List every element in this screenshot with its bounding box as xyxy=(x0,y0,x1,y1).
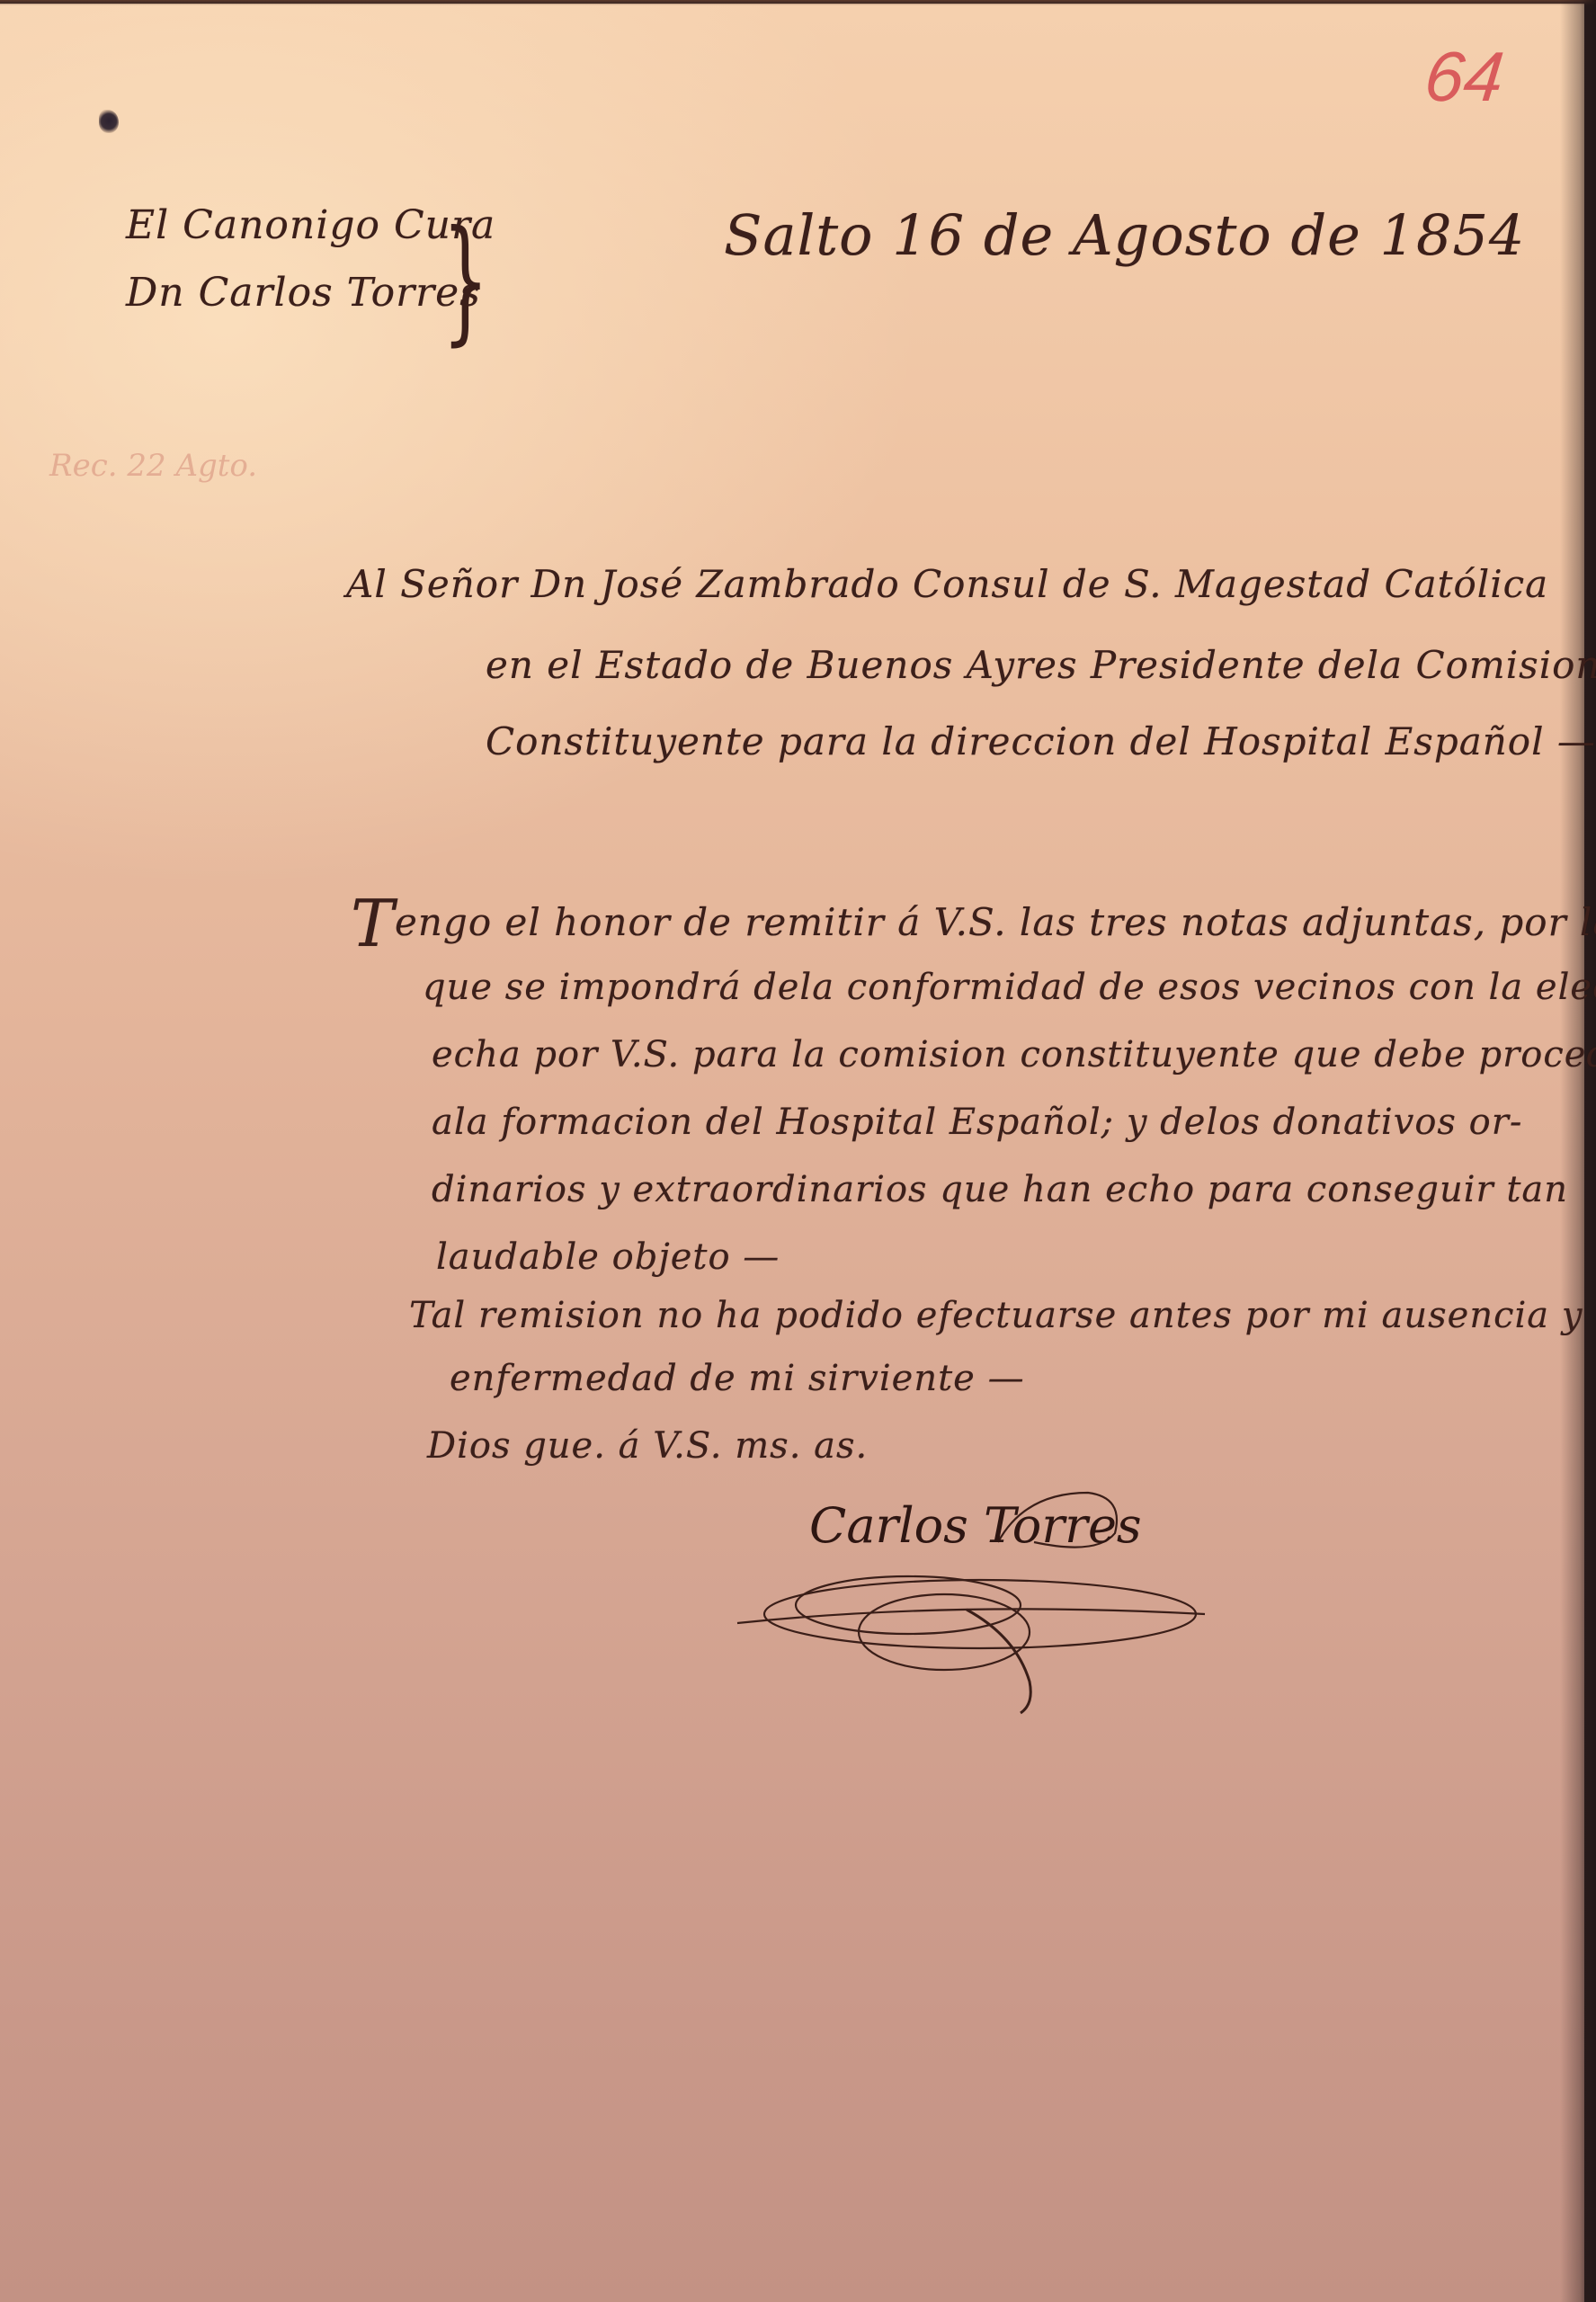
paper-sheet xyxy=(0,4,1584,2302)
body-line-4: ala formacion del Hospital Español; y de… xyxy=(432,1102,1522,1143)
body-line-6: laudable objeto — xyxy=(436,1236,780,1278)
addressee-line-1: Al Señor Dn José Zambrado Consul de S. M… xyxy=(346,562,1548,606)
dateline: Salto 16 de Agosto de 1854 xyxy=(724,202,1525,268)
body-line-7: Tal remision no ha podido efectuarse ant… xyxy=(409,1295,1596,1336)
paper-top-edge xyxy=(0,0,1596,5)
body-line-5: dinarios y extraordinarios que han echo … xyxy=(432,1169,1568,1210)
signature-flourish-icon xyxy=(728,1457,1232,1718)
punch-hole-icon xyxy=(99,110,119,133)
addressee-line-3: Constituyente para la direccion del Hosp… xyxy=(486,719,1596,763)
folio-number: 64 xyxy=(1421,36,1507,118)
margin-note: Rec. 22 Agto. xyxy=(49,448,257,484)
body-line-3: echa por V.S. para la comision constituy… xyxy=(432,1034,1596,1075)
sender-title: El Canonigo Cura xyxy=(126,202,495,248)
body-line-8: enfermedad de mi sirviente — xyxy=(450,1358,1025,1399)
paper-right-edge-shadow xyxy=(1560,0,1596,2302)
body-initial: T xyxy=(351,886,395,961)
body-line-2: que se impondrá dela conformidad de esos… xyxy=(423,967,1596,1008)
body-line-1-text: engo el honor de remitir á V.S. las tres… xyxy=(395,900,1596,944)
addressee-line-2: en el Estado de Buenos Ayres Presidente … xyxy=(486,643,1596,687)
signature: Carlos Torres xyxy=(809,1497,1142,1554)
sender-name: Dn Carlos Torres xyxy=(126,270,481,316)
body-line-1: Tengo el honor de remitir á V.S. las tre… xyxy=(351,886,1596,961)
brace-icon: } xyxy=(441,202,488,359)
